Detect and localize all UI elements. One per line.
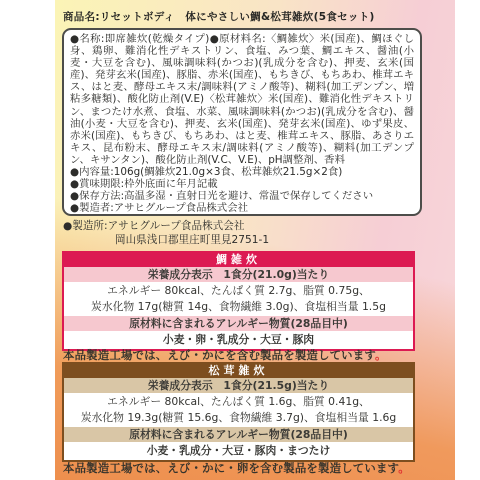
tai-nutrition-box: 鯛雑炊 栄養成分表示 1食分(21.0g)当たり エネルギー 80kcal、たん… xyxy=(62,251,415,351)
matsutake-factory-warning-period: 。 xyxy=(398,461,410,475)
tai-factory-warning: 本品製造工場では、えび・かにを含む製品を製造しています。 xyxy=(63,347,387,363)
product-name-line: 商品名:リセットボディ 体にやさしい鯛&松茸雑炊(5食セット) xyxy=(63,9,425,24)
factory-block: ●製造所:アサヒグループ食品株式会社 岡山県浅口郡里庄町里見2751-1 xyxy=(63,220,269,247)
tai-nutrition-values: エネルギー 80kcal、たんぱく質 2.7g、脂質 0.75g、 炭水化物 1… xyxy=(64,282,413,316)
net-content-line: ●内容量:106g(鯛雑炊21.0g×3食、松茸雑炊21.5g×2食) xyxy=(70,166,414,178)
tai-factory-warning-text: 本品製造工場では、えび・かにを含む製品を製造しています xyxy=(63,348,375,362)
matsutake-nutrition-box: 松茸雑炊 栄養成分表示 1食分(21.5g)当たり エネルギー 80kcal、た… xyxy=(62,362,415,462)
tai-section-title: 鯛雑炊 xyxy=(64,253,413,267)
tai-factory-warning-period: 。 xyxy=(375,348,387,362)
matsutake-nutrition-line1: エネルギー 80kcal、たんぱく質 1.6g、脂質 0.41g、 xyxy=(64,394,413,410)
factory-address-line: 岡山県浅口郡里庄町里見2751-1 xyxy=(63,234,269,248)
matsutake-nutrition-values: エネルギー 80kcal、たんぱく質 1.6g、脂質 0.41g、 炭水化物 1… xyxy=(64,393,413,427)
manufacturer-address-line: 東京都墨田区吾妻橋1-23-1 xyxy=(70,214,414,216)
best-before-line: ●賞味期限:枠外底面に年月記載 xyxy=(70,178,414,190)
matsutake-section-title: 松茸雑炊 xyxy=(64,364,413,378)
storage-line: ●保存方法:高温多湿・直射日光を避け、常温で保存してください xyxy=(70,190,414,202)
matsutake-factory-warning: 本品製造工場では、えび・かに・卵を含む製品を製造しています。 xyxy=(63,460,410,476)
tai-allergy-header: 原材料に含まれるアレルギー物質(28品目中) xyxy=(64,316,413,331)
package-label: 商品名:リセットボディ 体にやさしい鯛&松茸雑炊(5食セット) ●名称:即席雑炊… xyxy=(55,0,455,480)
product-info-box: ●名称:即席雑炊(乾燥タイプ)●原材料名:〈鯛雑炊〉米(国産)、鯛ほぐし身、鶏卵… xyxy=(62,28,422,216)
tai-nutrition-line1: エネルギー 80kcal、たんぱく質 2.7g、脂質 0.75g、 xyxy=(64,283,413,299)
matsutake-nutrition-header: 栄養成分表示 1食分(21.5g)当たり xyxy=(64,378,413,393)
tai-nutrition-header: 栄養成分表示 1食分(21.0g)当たり xyxy=(64,267,413,282)
ingredients-text: ●名称:即席雑炊(乾燥タイプ)●原材料名:〈鯛雑炊〉米(国産)、鯛ほぐし身、鶏卵… xyxy=(70,33,414,166)
matsutake-nutrition-line2: 炭水化物 19.3g(糖質 15.6g、食物繊維 3.7g)、食塩相当量 1.6… xyxy=(64,410,413,426)
factory-name-line: ●製造所:アサヒグループ食品株式会社 xyxy=(63,220,269,234)
matsutake-allergens: 小麦・乳成分・大豆・豚肉・まつたけ xyxy=(64,442,413,460)
matsutake-allergy-header: 原材料に含まれるアレルギー物質(28品目中) xyxy=(64,427,413,442)
matsutake-factory-warning-text: 本品製造工場では、えび・かに・卵を含む製品を製造しています xyxy=(63,461,398,475)
tai-nutrition-line2: 炭水化物 17g(糖質 14g、食物繊維 3.0g)、食塩相当量 1.5g xyxy=(64,299,413,315)
manufacturer-line: ●製造者:アサヒグループ食品株式会社 xyxy=(70,202,414,214)
